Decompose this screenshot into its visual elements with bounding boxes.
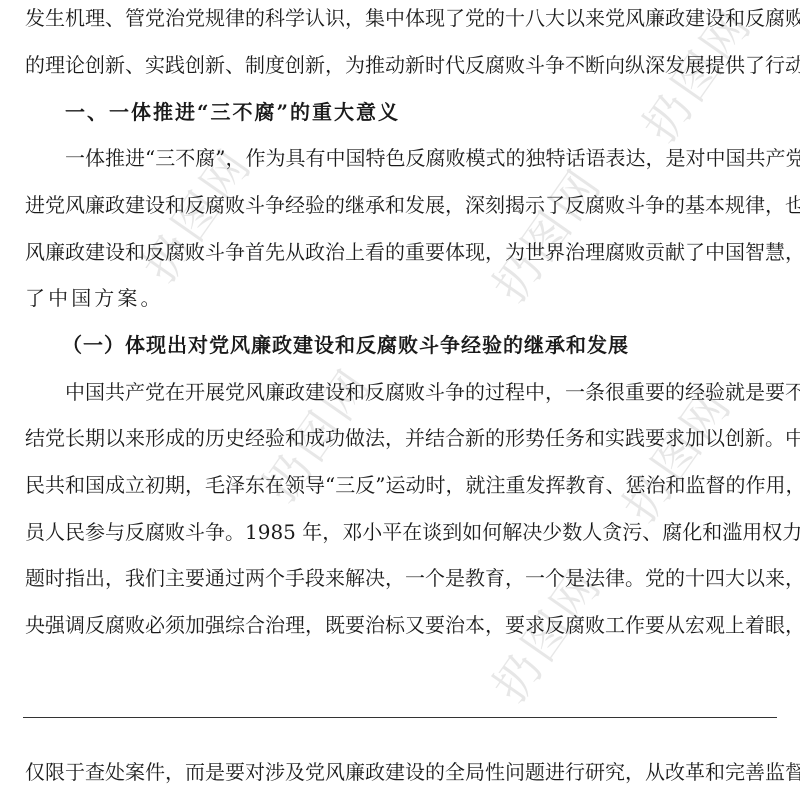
body-text-line: 发生机理、管党治党规律的科学认识，集中体现了党的十八大以来党风廉政建设和反腐败斗… xyxy=(25,6,775,30)
body-text-line: 风廉政建设和反腐败斗争首先从政治上看的重要体现，为世界治理腐败贡献了中国智慧，提… xyxy=(25,240,775,264)
body-text-line: 员人民参与反腐败斗争。1985 年，邓小平在谈到如何解决少数人贪污、腐化和滥用权… xyxy=(25,520,775,544)
body-text-line: 题时指出，我们主要通过两个手段来解决，一个是教育，一个是法律。党的十四大以来，党… xyxy=(25,566,775,590)
body-text-line: 一体推进“三不腐”，作为具有中国特色反腐败模式的独特话语表达，是对中国共产党推 xyxy=(65,146,775,170)
body-text-line: 了中国方案。 xyxy=(25,286,775,310)
subsection-heading: （一）体现出对党风廉政建设和反腐败斗争经验的继承和发展 xyxy=(62,333,772,357)
body-text-line: 民共和国成立初期，毛泽东在领导“三反”运动时，就注重发挥教育、惩治和监督的作用，… xyxy=(25,473,775,497)
body-text-line: 央强调反腐败必须加强综合治理，既要治标又要治本，要求反腐败工作要从宏观上着眼，不… xyxy=(25,613,775,637)
page-separator xyxy=(23,717,777,718)
section-heading: 一、一体推进“三不腐”的重大意义 xyxy=(65,100,775,124)
body-text-line: 结党长期以来形成的历史经验和成功做法，并结合新的形势任务和实践要求加以创新。中华… xyxy=(25,426,775,450)
document-page: 扔图网 扔图网 扔图网 扔图网 扔图网 扔图网 发生机理、管党治党规律的科学认识… xyxy=(0,0,800,800)
body-text-line: 仅限于查处案件，而是要对涉及党风廉政建设的全局性问题进行研究，从改革和完善监督体… xyxy=(25,760,775,784)
body-text-line: 的理论创新、实践创新、制度创新，为推动新时代反腐败斗争不断向纵深发展提供了行动指… xyxy=(25,53,777,77)
body-text-line: 进党风廉政建设和反腐败斗争经验的继承和发展，深刻揭示了反腐败斗争的基本规律，也是… xyxy=(25,193,775,217)
body-text-line: 中国共产党在开展党风廉政建设和反腐败斗争的过程中，一条很重要的经验就是要不断总 xyxy=(65,380,775,404)
